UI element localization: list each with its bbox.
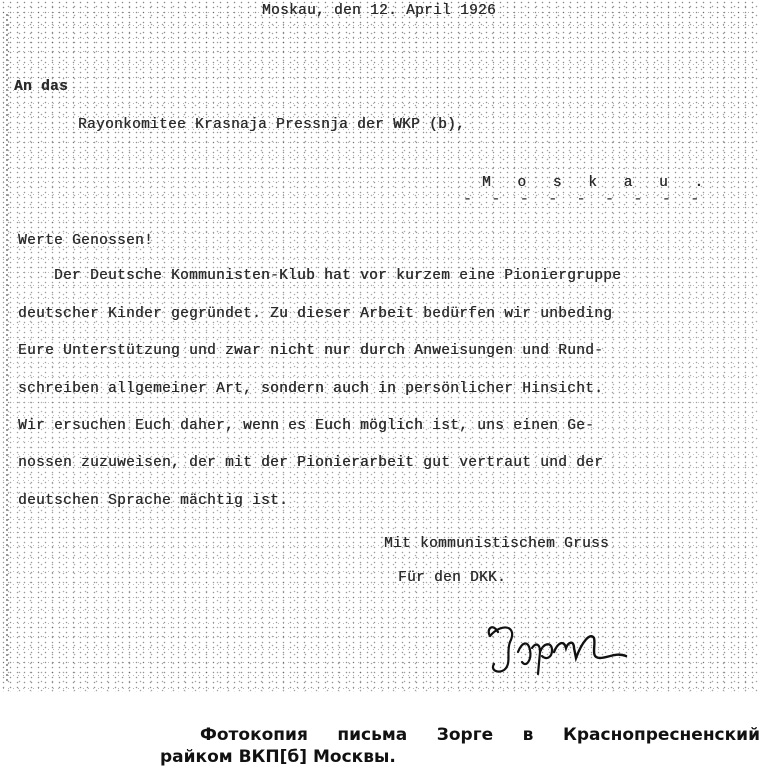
- letter-body-line: Wir ersuchen Euch daher, wenn es Euch mö…: [18, 418, 594, 434]
- letter-body-line: Der Deutsche Kommunisten-Klub hat vor ku…: [18, 268, 621, 284]
- letter-body-line: Eure Unterstützung und zwar nicht nur du…: [18, 343, 603, 359]
- caption-line-2: райком ВКП[б] Москвы.: [160, 746, 760, 768]
- letter-sender: Für den DKK.: [398, 570, 506, 586]
- scanned-letter: Moskau, den 12. April 1926 An das Rayonk…: [0, 0, 758, 692]
- page-edge: [6, 14, 8, 684]
- letter-greeting: Werte Genossen!: [18, 233, 153, 249]
- letter-addressee-prefix: An das: [14, 79, 68, 95]
- caption-line-1: Фотокопия письма Зорге в Краснопресненск…: [160, 724, 760, 746]
- letter-closing: Mit kommunistischem Gruss: [384, 536, 609, 552]
- letter-body-line: deutschen Sprache mächtig ist.: [18, 493, 288, 509]
- letter-body-line: nossen zuzuweisen, der mit der Pionierar…: [18, 455, 603, 471]
- letter-city: M o s k a u .: [482, 175, 712, 191]
- letter-recipient: Rayonkomitee Krasnaja Pressnja der WKP (…: [78, 117, 465, 133]
- letter-body-line: schreiben allgemeiner Art, sondern auch …: [18, 381, 603, 397]
- letter-city-underline: - - - - - - - - -: [463, 192, 704, 208]
- letter-body-line: deutscher Kinder gegründet. Zu dieser Ar…: [18, 306, 612, 322]
- handwritten-signature: Зорге: [478, 612, 638, 682]
- photo-caption: Фотокопия письма Зорге в Краснопресненск…: [160, 724, 760, 768]
- letter-date: Moskau, den 12. April 1926: [262, 3, 496, 19]
